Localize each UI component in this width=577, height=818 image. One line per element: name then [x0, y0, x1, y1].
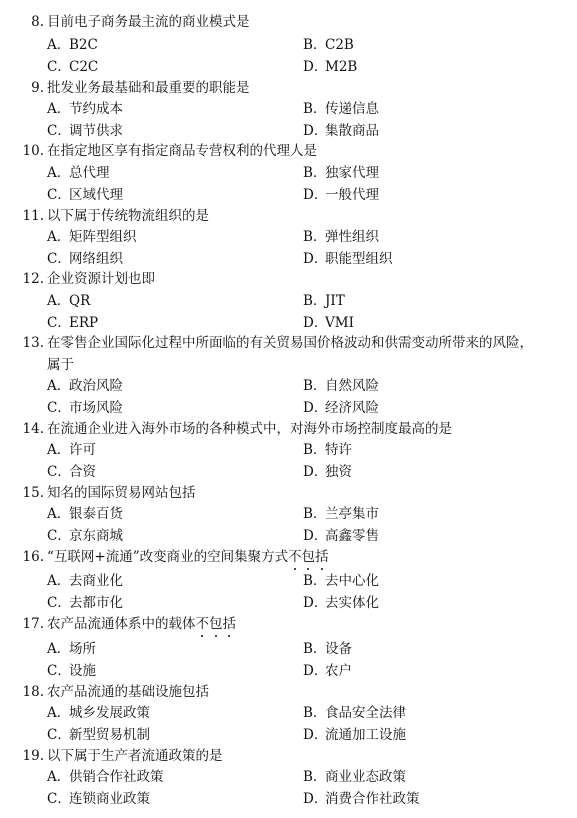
option-text: 城乡发展政策: [69, 705, 150, 721]
option-d: D．一般代理: [303, 185, 379, 206]
option-text: 独家代理: [325, 165, 379, 181]
option-text: 一般代理: [325, 187, 379, 203]
option-d: D．去实体化: [303, 593, 379, 614]
option-d: D．独资: [303, 462, 352, 483]
option-c: C．新型贸易机制: [47, 725, 150, 746]
option-text: 总代理: [69, 165, 110, 181]
option-a: A．QR: [47, 291, 90, 312]
option-b: B．兰亭集市: [303, 504, 379, 525]
option-text: 政治风险: [69, 378, 123, 394]
option-c: C．区域代理: [47, 185, 123, 206]
option-c: C．C2C: [47, 57, 98, 78]
option-text: 自然风险: [325, 378, 379, 394]
option-label: A．: [47, 767, 69, 788]
option-label: D．: [303, 185, 325, 206]
option-b: B．食品安全法律: [303, 703, 406, 724]
option-a: A．供销合作社政策: [47, 767, 164, 788]
question-text-main: 农产品流通体系中的载体: [47, 616, 196, 632]
option-text: 节约成本: [69, 101, 123, 117]
emphasis-dot-char: 包: [209, 616, 223, 632]
option-label: B．: [303, 227, 325, 248]
option-text: 集散商品: [325, 123, 379, 139]
option-label: C．: [47, 121, 69, 142]
option-text: 京东商城: [69, 528, 123, 544]
question-stem: 11.以下属于传统物流组织的是: [0, 206, 577, 227]
option-text: VMI: [325, 315, 354, 331]
option-label: C．: [47, 57, 69, 78]
option-a: A．矩阵型组织: [47, 227, 137, 248]
option-a: A．许可: [47, 440, 96, 461]
question-text: 在流通企业进入海外市场的各种模式中，对海外市场控制度最高的是: [47, 419, 452, 440]
option-c: C．设施: [47, 661, 96, 682]
question-stem-continued: 属于: [0, 355, 577, 376]
question-text: 以下属于生产者流通政策的是: [47, 746, 223, 767]
option-a: A．总代理: [47, 163, 110, 184]
option-label: D．: [303, 57, 325, 78]
option-label: B．: [303, 376, 325, 397]
option-b: B．C2B: [303, 35, 354, 56]
option-label: B．: [303, 767, 325, 788]
question-stem: 15.知名的国际贸易网站包括: [0, 483, 577, 504]
option-b: B．特许: [303, 440, 352, 461]
option-c: C．市场风险: [47, 398, 123, 419]
question-text: 在零售企业国际化过程中所面临的有关贸易国价格波动和供需变动所带来的风险，: [47, 333, 533, 354]
option-a: A．银泰百货: [47, 504, 123, 525]
option-text: 特许: [325, 442, 352, 458]
option-c: C．ERP: [47, 313, 98, 334]
option-label: A．: [47, 440, 69, 461]
option-text: 兰亭集市: [325, 506, 379, 522]
option-label: B．: [303, 99, 325, 120]
option-label: D．: [303, 789, 325, 810]
option-text: 银泰百货: [69, 506, 123, 522]
option-label: A．: [47, 291, 69, 312]
option-text: 矩阵型组织: [69, 229, 137, 245]
question-text: 企业资源计划也即: [47, 269, 155, 290]
option-b: B．商业业态政策: [303, 767, 406, 788]
option-c: C．去都市化: [47, 593, 123, 614]
emphasis-dot-char: 不: [288, 549, 302, 565]
option-b: B．JIT: [303, 291, 345, 312]
question-number: 13.: [0, 333, 44, 354]
option-label: D．: [303, 462, 325, 483]
option-text: 设备: [325, 641, 352, 657]
option-label: A．: [47, 639, 69, 660]
question-number: 10.: [0, 141, 44, 162]
emphasis-dot-char: 括: [223, 616, 237, 632]
question-number: 14.: [0, 419, 44, 440]
option-label: C．: [47, 593, 69, 614]
question-number: 17.: [0, 614, 44, 635]
option-text: 调节供求: [69, 123, 123, 139]
option-label: B．: [303, 504, 325, 525]
option-label: D．: [303, 313, 325, 334]
option-text: 高鑫零售: [325, 528, 379, 544]
option-text: C2C: [69, 59, 98, 75]
option-text: C2B: [325, 37, 354, 53]
option-text: 连锁商业政策: [69, 791, 150, 807]
option-a: A．政治风险: [47, 376, 123, 397]
option-text: 商业业态政策: [325, 769, 406, 785]
option-label: A．: [47, 504, 69, 525]
option-text: 独资: [325, 464, 352, 480]
option-label: D．: [303, 526, 325, 547]
option-label: B．: [303, 291, 325, 312]
option-b: B．独家代理: [303, 163, 379, 184]
question-text: 属于: [47, 355, 74, 376]
option-label: A．: [47, 376, 69, 397]
option-label: C．: [47, 462, 69, 483]
option-text: 去都市化: [69, 595, 123, 611]
question-stem: 9.批发业务最基础和最重要的职能是: [0, 78, 577, 99]
question-text: “互联网+流通”改变商业的空间集聚方式不包括: [47, 547, 329, 568]
option-b: B．去中心化: [303, 571, 379, 592]
question-text: 农产品流通体系中的载体不包括: [47, 614, 236, 635]
emphasis-dot-char: 括: [315, 549, 329, 565]
option-text: 弹性组织: [325, 229, 379, 245]
option-b: B．自然风险: [303, 376, 379, 397]
option-text: 供销合作社政策: [69, 769, 164, 785]
option-label: C．: [47, 661, 69, 682]
question-text: 在指定地区享有指定商品专营权利的代理人是: [47, 141, 317, 162]
option-label: A．: [47, 571, 69, 592]
question-stem: 13.在零售企业国际化过程中所面临的有关贸易国价格波动和供需变动所带来的风险，: [0, 333, 577, 354]
option-b: B．传递信息: [303, 99, 379, 120]
option-d: D．集散商品: [303, 121, 379, 142]
option-label: A．: [47, 163, 69, 184]
emphasized-text: 不包括: [288, 549, 329, 565]
option-text: 职能型组织: [325, 251, 393, 267]
option-c: C．连锁商业政策: [47, 789, 150, 810]
option-text: 区域代理: [69, 187, 123, 203]
option-c: C．合资: [47, 462, 96, 483]
question-stem: 16.“互联网+流通”改变商业的空间集聚方式不包括: [0, 547, 577, 568]
option-c: C．京东商城: [47, 526, 123, 547]
option-label: C．: [47, 789, 69, 810]
question-text: 以下属于传统物流组织的是: [47, 206, 209, 227]
option-d: D．经济风险: [303, 398, 379, 419]
question-stem: 12.企业资源计划也即: [0, 269, 577, 290]
option-text: JIT: [325, 293, 345, 309]
option-a: A．城乡发展政策: [47, 703, 150, 724]
question-text-main: “互联网+流通”改变商业的空间集聚方式: [47, 549, 288, 565]
option-d: D．VMI: [303, 313, 354, 334]
option-a: A．去商业化: [47, 571, 123, 592]
question-stem: 17.农产品流通体系中的载体不包括: [0, 614, 577, 635]
option-text: 消费合作社政策: [325, 791, 420, 807]
option-text: 新型贸易机制: [69, 727, 150, 743]
option-label: B．: [303, 163, 325, 184]
option-label: D．: [303, 725, 325, 746]
question-number: 8.: [0, 12, 44, 33]
option-label: A．: [47, 703, 69, 724]
question-number: 18.: [0, 682, 44, 703]
option-label: B．: [303, 440, 325, 461]
option-text: 合资: [69, 464, 96, 480]
question-number: 11.: [0, 206, 44, 227]
question-text: 批发业务最基础和最重要的职能是: [47, 78, 250, 99]
option-d: D．M2B: [303, 57, 357, 78]
option-label: B．: [303, 571, 325, 592]
option-text: B2C: [69, 37, 98, 53]
option-text: 食品安全法律: [325, 705, 406, 721]
option-d: D．消费合作社政策: [303, 789, 420, 810]
option-text: M2B: [325, 59, 357, 75]
option-text: 网络组织: [69, 251, 123, 267]
question-number: 9.: [0, 78, 44, 99]
option-d: D．农户: [303, 661, 352, 682]
option-label: A．: [47, 35, 69, 56]
option-text: 去中心化: [325, 573, 379, 589]
option-label: D．: [303, 121, 325, 142]
option-text: 场所: [69, 641, 96, 657]
question-stem: 10.在指定地区享有指定商品专营权利的代理人是: [0, 141, 577, 162]
option-c: C．网络组织: [47, 249, 123, 270]
option-d: D．高鑫零售: [303, 526, 379, 547]
option-label: C．: [47, 185, 69, 206]
option-a: A．节约成本: [47, 99, 123, 120]
question-number: 19.: [0, 746, 44, 767]
option-a: A．B2C: [47, 35, 98, 56]
question-number: 15.: [0, 483, 44, 504]
question-text: 农产品流通的基础设施包括: [47, 682, 209, 703]
option-text: 许可: [69, 442, 96, 458]
option-text: 市场风险: [69, 400, 123, 416]
option-c: C．调节供求: [47, 121, 123, 142]
question-stem: 19.以下属于生产者流通政策的是: [0, 746, 577, 767]
option-label: C．: [47, 249, 69, 270]
question-number: 12.: [0, 269, 44, 290]
question-stem: 14.在流通企业进入海外市场的各种模式中，对海外市场控制度最高的是: [0, 419, 577, 440]
option-label: A．: [47, 227, 69, 248]
option-text: 去实体化: [325, 595, 379, 611]
option-label: C．: [47, 398, 69, 419]
question-stem: 18.农产品流通的基础设施包括: [0, 682, 577, 703]
question-stem: 8.目前电子商务最主流的商业模式是: [0, 12, 577, 33]
option-label: D．: [303, 249, 325, 270]
option-b: B．弹性组织: [303, 227, 379, 248]
option-b: B．设备: [303, 639, 352, 660]
option-a: A．场所: [47, 639, 96, 660]
question-text: 目前电子商务最主流的商业模式是: [47, 12, 250, 33]
option-text: 设施: [69, 663, 96, 679]
option-label: B．: [303, 35, 325, 56]
option-label: C．: [47, 313, 69, 334]
option-text: 农户: [325, 663, 352, 679]
option-text: ERP: [69, 315, 98, 331]
option-label: D．: [303, 593, 325, 614]
question-number: 16.: [0, 547, 44, 568]
option-label: D．: [303, 661, 325, 682]
option-label: D．: [303, 398, 325, 419]
option-label: C．: [47, 725, 69, 746]
option-label: B．: [303, 703, 325, 724]
option-label: B．: [303, 639, 325, 660]
question-text: 知名的国际贸易网站包括: [47, 483, 196, 504]
option-text: 流通加工设施: [325, 727, 406, 743]
option-text: 去商业化: [69, 573, 123, 589]
option-label: A．: [47, 99, 69, 120]
emphasis-dot-char: 包: [302, 549, 316, 565]
emphasis-dot-char: 不: [196, 616, 210, 632]
emphasized-text: 不包括: [196, 616, 237, 632]
option-text: 传递信息: [325, 101, 379, 117]
option-d: D．流通加工设施: [303, 725, 406, 746]
option-text: QR: [69, 293, 90, 309]
option-d: D．职能型组织: [303, 249, 393, 270]
option-text: 经济风险: [325, 400, 379, 416]
option-label: C．: [47, 526, 69, 547]
